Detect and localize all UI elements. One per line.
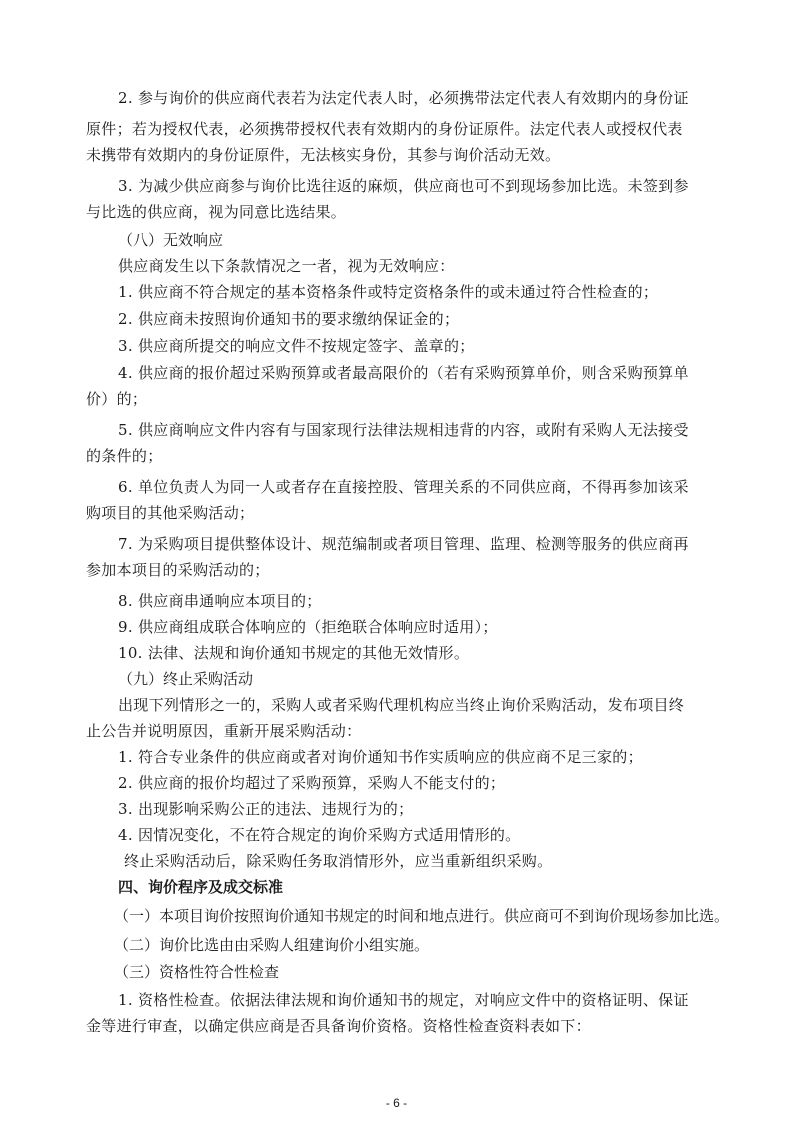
section-heading: （八）无效响应: [118, 230, 223, 250]
line-text: 与比选的供应商，视为同意比选结果。: [86, 203, 346, 221]
section-heading: （二）询价比选由由采购人组建询价小组实施。: [114, 935, 429, 955]
line-text: （八）无效响应: [118, 231, 223, 249]
paragraph-line: 7. 为采购项目提供整体设计、规范编制或者项目管理、监理、检测等服务的供应商再: [118, 534, 689, 554]
line-text: 购项目的其他采购活动；: [86, 504, 254, 522]
line-text: 未携带有效期内的身份证原件，无法核实身份，其参与询价活动无效。: [86, 146, 560, 164]
paragraph-line: 9. 供应商组成联合体响应的（拒绝联合体响应时适用）；: [118, 617, 498, 637]
document-page: 2. 参与询价的供应商代表若为法定代表人时，必须携带法定代表人有效期内的身份证原…: [0, 0, 793, 1122]
line-text: 1. 资格性检查。依据法律法规和询价通知书的规定，对响应文件中的资格证明、保证: [118, 991, 689, 1009]
line-text: 6. 单位负责人为同一人或者存在直接控股、管理关系的不同供应商，不得再参加该采: [118, 478, 689, 496]
line-text: 10. 法律、法规和询价通知书规定的其他无效情形。: [118, 644, 469, 662]
line-text: 8. 供应商串通响应本项目的；: [118, 592, 322, 610]
paragraph-line: 价）的；: [86, 389, 147, 409]
paragraph-line: 金等进行审查，以确定供应商是否具备询价资格。资格性检查资料表如下：: [86, 1016, 591, 1036]
paragraph-line: 2. 供应商的报价均超过了采购预算，采购人不能支付的；: [118, 773, 505, 793]
paragraph-line: 3. 出现影响采购公正的违法、违规行为的；: [118, 799, 413, 819]
line-text: 1. 供应商不符合规定的基本资格条件或特定资格条件的或未通过符合性检查的；: [118, 283, 658, 301]
line-text: 5. 供应商响应文件内容有与国家现行法律法规相违背的内容，或附有采购人无法接受: [118, 421, 689, 439]
paragraph-line: 1. 资格性检查。依据法律法规和询价通知书的规定，对响应文件中的资格证明、保证: [118, 990, 689, 1010]
paragraph-line: 1. 供应商不符合规定的基本资格条件或特定资格条件的或未通过符合性检查的；: [118, 282, 658, 302]
line-text: 参加本项目的采购活动的；: [86, 561, 270, 579]
paragraph-line: 2. 供应商未按照询价通知书的要求缴纳保证金的；: [118, 309, 459, 329]
paragraph-line: 参加本项目的采购活动的；: [86, 560, 270, 580]
line-text: 4. 供应商的报价超过采购预算或者最高限价的（若有采购预算单价，则含采购预算单: [118, 364, 689, 382]
line-text: 3. 出现影响采购公正的违法、违规行为的；: [118, 800, 413, 818]
line-text: 供应商发生以下条款情况之一者，视为无效响应：: [118, 257, 455, 275]
section-heading: （九）终止采购活动: [118, 669, 253, 689]
line-text: 价）的；: [86, 390, 147, 408]
line-text: 2. 供应商的报价均超过了采购预算，采购人不能支付的；: [118, 774, 505, 792]
page-number: - 6 -: [0, 1096, 793, 1110]
paragraph-line: 5. 供应商响应文件内容有与国家现行法律法规相违背的内容，或附有采购人无法接受: [118, 420, 689, 440]
paragraph-line: 购项目的其他采购活动；: [86, 503, 254, 523]
paragraph-line: 8. 供应商串通响应本项目的；: [118, 591, 322, 611]
paragraph-line: 原件；若为授权代表，必须携带授权代表有效期内的身份证原件。法定代表人或授权代表: [86, 119, 683, 139]
paragraph-line: 供应商发生以下条款情况之一者，视为无效响应：: [118, 256, 455, 276]
paragraph-line: 止公告并说明原因，重新开展采购活动：: [86, 721, 361, 741]
line-text: （九）终止采购活动: [118, 670, 253, 688]
paragraph-line: 终止采购活动后，除采购任务取消情形外，应当重新组织采购。: [124, 851, 552, 871]
paragraph-line: 未携带有效期内的身份证原件，无法核实身份，其参与询价活动无效。: [86, 145, 560, 165]
paragraph-line: 1. 符合专业条件的供应商或者对询价通知书作实质响应的供应商不足三家的；: [118, 747, 643, 767]
line-text: （一）本项目询价按照询价通知书规定的时间和地点进行。: [114, 907, 504, 925]
line-text: 3. 为减少供应商参与询价比选往返的麻烦，供应商也可不到现场参加比选。未签到参: [118, 177, 689, 195]
line-text: 四、询价程序及成交标准: [118, 878, 283, 896]
line-text: 9. 供应商组成联合体响应的（拒绝联合体响应时适用）；: [118, 618, 498, 636]
line-text: 原件；若为授权代表，必须携带授权代表有效期内的身份证原件。法定代表人或授权代表: [86, 120, 683, 138]
paragraph-line: 3. 为减少供应商参与询价比选往返的麻烦，供应商也可不到现场参加比选。未签到参: [118, 176, 689, 196]
line-text: 金等进行审查，以确定供应商是否具备询价资格。资格性检查资料表如下：: [86, 1017, 591, 1035]
paragraph-line: 2. 参与询价的供应商代表若为法定代表人时，必须携带法定代表人有效期内的身份证: [118, 88, 689, 108]
line-text-suffix: 供应商可不到询价现场参加比选。: [504, 907, 729, 925]
section-heading: 四、询价程序及成交标准: [118, 877, 283, 897]
line-text: 终止采购活动后，除采购任务取消情形外，应当重新组织采购。: [124, 852, 552, 870]
paragraph-line: 与比选的供应商，视为同意比选结果。: [86, 202, 346, 222]
line-text: 出现下列情形之一的，采购人或者采购代理机构应当终止询价采购活动，发布项目终: [118, 696, 684, 714]
paragraph-line: 4. 供应商的报价超过采购预算或者最高限价的（若有采购预算单价，则含采购预算单: [118, 363, 689, 383]
line-text: 止公告并说明原因，重新开展采购活动：: [86, 722, 361, 740]
line-text: 4. 因情况变化，不在符合规定的询价采购方式适用情形的。: [118, 826, 520, 844]
line-text: 的条件的；: [86, 447, 163, 465]
paragraph-line: 的条件的；: [86, 446, 163, 466]
line-text: 2. 参与询价的供应商代表若为法定代表人时，必须携带法定代表人有效期内的身份证: [118, 89, 689, 107]
section-heading: （三）资格性符合性检查: [114, 962, 279, 982]
line-text: 3. 供应商所提交的响应文件不按规定签字、盖章的；: [118, 337, 475, 355]
paragraph-line: 10. 法律、法规和询价通知书规定的其他无效情形。: [118, 643, 469, 663]
paragraph-line: 4. 因情况变化，不在符合规定的询价采购方式适用情形的。: [118, 825, 520, 845]
line-text: 2. 供应商未按照询价通知书的要求缴纳保证金的；: [118, 310, 459, 328]
line-text: 1. 符合专业条件的供应商或者对询价通知书作实质响应的供应商不足三家的；: [118, 748, 643, 766]
section-heading: （一）本项目询价按照询价通知书规定的时间和地点进行。供应商可不到询价现场参加比选…: [114, 906, 729, 926]
line-text: （三）资格性符合性检查: [114, 963, 279, 981]
paragraph-line: 6. 单位负责人为同一人或者存在直接控股、管理关系的不同供应商，不得再参加该采: [118, 477, 689, 497]
paragraph-line: 3. 供应商所提交的响应文件不按规定签字、盖章的；: [118, 336, 475, 356]
paragraph-line: 出现下列情形之一的，采购人或者采购代理机构应当终止询价采购活动，发布项目终: [118, 695, 684, 715]
line-text: （二）询价比选由由采购人组建询价小组实施。: [114, 936, 429, 954]
line-text: 7. 为采购项目提供整体设计、规范编制或者项目管理、监理、检测等服务的供应商再: [118, 535, 689, 553]
